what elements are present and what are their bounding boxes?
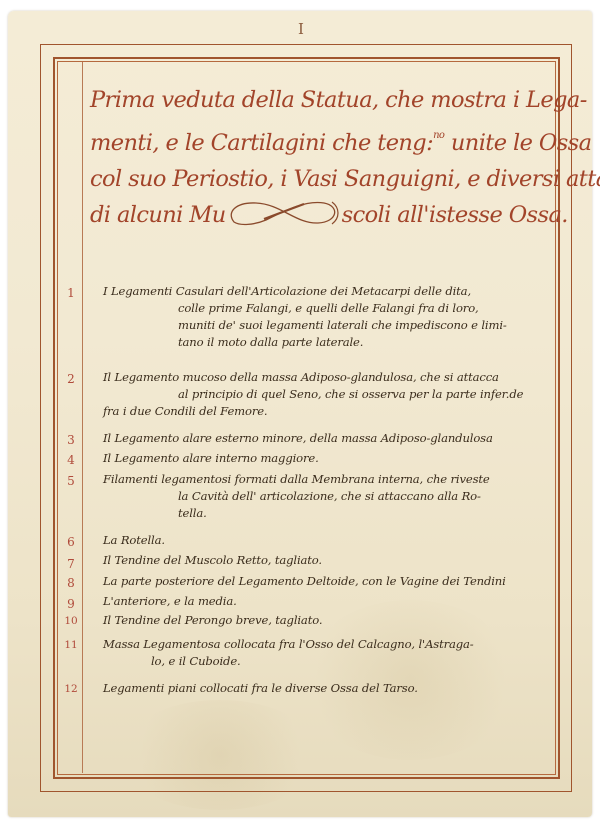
entry-text: L'anteriore, e la media. bbox=[103, 593, 548, 610]
entry-line: colle prime Falangi, e quelli delle Fala… bbox=[103, 300, 548, 317]
entry-line: La parte posteriore del Legamento Deltoi… bbox=[103, 573, 548, 590]
entry-number: 6 bbox=[60, 535, 82, 549]
entry-text: Massa Legamentosa collocata fra l'Osso d… bbox=[103, 636, 548, 670]
entry-line: Il Tendine del Perongo breve, tagliato. bbox=[103, 612, 548, 629]
entry-line: muniti de' suoi legamenti laterali che i… bbox=[103, 317, 548, 334]
entry-text: Filamenti legamentosi formati dalla Memb… bbox=[103, 471, 548, 522]
entry-text: Il Tendine del Perongo breve, tagliato. bbox=[103, 612, 548, 629]
entry-line: Filamenti legamentosi formati dalla Memb… bbox=[103, 471, 548, 488]
entry-line: tella. bbox=[103, 505, 548, 522]
entry-text: La Rotella. bbox=[103, 532, 548, 549]
entry-line: I Legamenti Casulari dell'Articolazione … bbox=[103, 283, 548, 300]
entry-number: 9 bbox=[60, 597, 82, 611]
entry-number: 7 bbox=[60, 557, 82, 571]
entry-text: I Legamenti Casulari dell'Articolazione … bbox=[103, 283, 548, 351]
entry-text: Il Legamento alare interno maggiore. bbox=[103, 450, 548, 467]
entry-line: Legamenti piani collocati fra le diverse… bbox=[103, 680, 548, 697]
entry-text: Legamenti piani collocati fra le diverse… bbox=[103, 680, 548, 697]
entry-line: L'anteriore, e la media. bbox=[103, 593, 548, 610]
entry-text: Il Legamento alare esterno minore, della… bbox=[103, 430, 548, 447]
entry-line: lo, e il Cuboide. bbox=[103, 653, 548, 670]
entry-number: 10 bbox=[60, 615, 82, 627]
entry-line: Il Legamento alare interno maggiore. bbox=[103, 450, 548, 467]
entry-text: La parte posteriore del Legamento Deltoi… bbox=[103, 573, 548, 590]
entry-line: Il Legamento mucoso della massa Adiposo-… bbox=[103, 369, 548, 386]
entry-line: Il Tendine del Muscolo Retto, tagliato. bbox=[103, 552, 548, 569]
entry-line: la Cavità dell' articolazione, che si at… bbox=[103, 488, 548, 505]
entry-number: 2 bbox=[60, 372, 82, 386]
legend-list: 1 I Legamenti Casulari dell'Articolazion… bbox=[0, 0, 600, 826]
entry-number: 5 bbox=[60, 474, 82, 488]
entry-line: Il Legamento alare esterno minore, della… bbox=[103, 430, 548, 447]
entry-text: Il Legamento mucoso della massa Adiposo-… bbox=[103, 369, 548, 420]
entry-line: al principio di quel Seno, che si osserv… bbox=[103, 386, 548, 403]
entry-text: Il Tendine del Muscolo Retto, tagliato. bbox=[103, 552, 548, 569]
entry-number: 1 bbox=[60, 286, 82, 300]
entry-line: La Rotella. bbox=[103, 532, 548, 549]
entry-number: 4 bbox=[60, 453, 82, 467]
entry-line: tano il moto dalla parte laterale. bbox=[103, 334, 548, 351]
entry-number: 11 bbox=[60, 639, 82, 651]
entry-number: 3 bbox=[60, 433, 82, 447]
entry-line: fra i due Condili del Femore. bbox=[103, 403, 548, 420]
entry-number: 8 bbox=[60, 576, 82, 590]
entry-number: 12 bbox=[60, 683, 82, 695]
entry-line: Massa Legamentosa collocata fra l'Osso d… bbox=[103, 636, 548, 653]
